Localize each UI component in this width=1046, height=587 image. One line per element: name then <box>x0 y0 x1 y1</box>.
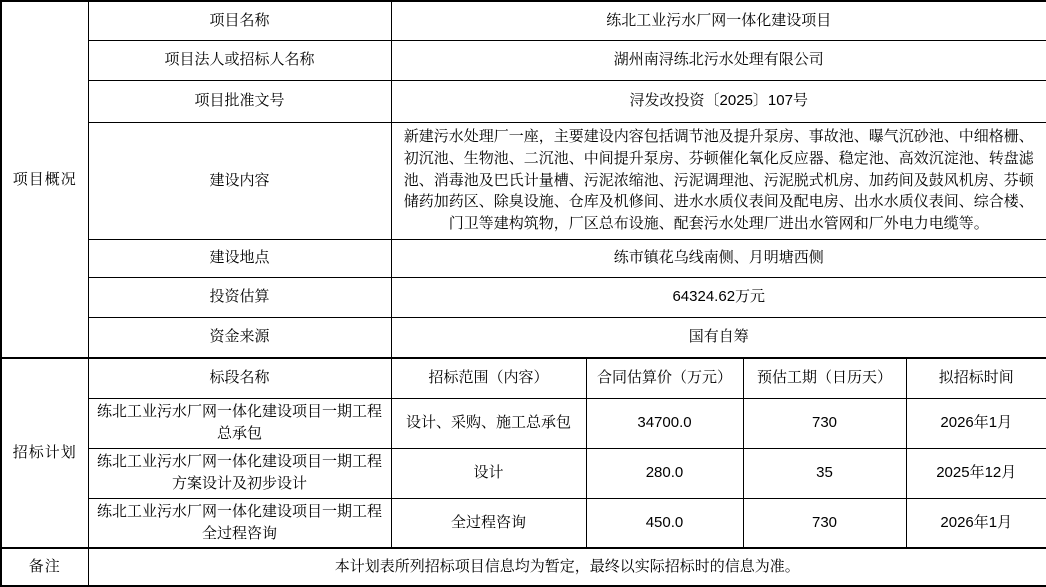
bid-row-scope: 设计、采购、施工总承包 <box>391 398 586 448</box>
value-approval-number: 浔发改投资〔2025〕107号 <box>391 80 1046 122</box>
bid-row-price: 34700.0 <box>586 398 743 448</box>
header-contract-price: 合同估算价（万元） <box>586 358 743 398</box>
bid-row-name: 练北工业污水厂网一体化建设项目一期工程全过程咨询 <box>88 498 391 548</box>
label-approval-number: 项目批准文号 <box>88 80 391 122</box>
bid-row-time: 2025年12月 <box>906 448 1046 498</box>
bid-row-duration: 730 <box>743 498 906 548</box>
value-legal-entity: 湖州南浔练北污水处理有限公司 <box>391 40 1046 80</box>
header-bid-time: 拟招标时间 <box>906 358 1046 398</box>
header-duration: 预估工期（日历天） <box>743 358 906 398</box>
bid-row-price: 280.0 <box>586 448 743 498</box>
label-funding-source: 资金来源 <box>88 317 391 358</box>
bid-row-duration: 730 <box>743 398 906 448</box>
value-construction-site: 练市镇花乌线南侧、月明塘西侧 <box>391 239 1046 277</box>
section-bid-plan: 招标计划 <box>1 358 88 548</box>
header-section-name: 标段名称 <box>88 358 391 398</box>
bid-plan-row: 练北工业污水厂网一体化建设项目一期工程总承包 设计、采购、施工总承包 34700… <box>1 398 1046 448</box>
bid-row-duration: 35 <box>743 448 906 498</box>
label-project-name: 项目名称 <box>88 1 391 40</box>
bid-plan-row: 练北工业污水厂网一体化建设项目一期工程全过程咨询 全过程咨询 450.0 730… <box>1 498 1046 548</box>
bid-row-price: 450.0 <box>586 498 743 548</box>
label-construction-site: 建设地点 <box>88 239 391 277</box>
value-construction-content: 新建污水处理厂一座，主要建设内容包括调节池及提升泵房、事故池、曝气沉砂池、中细格… <box>391 122 1046 239</box>
section-project-overview: 项目概况 <box>1 1 88 358</box>
bid-row-time: 2026年1月 <box>906 398 1046 448</box>
bid-row-time: 2026年1月 <box>906 498 1046 548</box>
value-funding-source: 国有自筹 <box>391 317 1046 358</box>
label-legal-entity: 项目法人或招标人名称 <box>88 40 391 80</box>
bid-plan-row: 练北工业污水厂网一体化建设项目一期工程方案设计及初步设计 设计 280.0 35… <box>1 448 1046 498</box>
header-bid-scope: 招标范围（内容） <box>391 358 586 398</box>
value-investment-estimate: 64324.62万元 <box>391 277 1046 317</box>
bid-row-scope: 全过程咨询 <box>391 498 586 548</box>
value-remarks: 本计划表所列招标项目信息均为暂定，最终以实际招标时的信息为准。 <box>88 548 1046 586</box>
label-investment-estimate: 投资估算 <box>88 277 391 317</box>
project-bid-plan-table: 项目概况 项目名称 练北工业污水厂网一体化建设项目 项目法人或招标人名称 湖州南… <box>0 0 1046 587</box>
bid-row-name: 练北工业污水厂网一体化建设项目一期工程总承包 <box>88 398 391 448</box>
label-construction-content: 建设内容 <box>88 122 391 239</box>
section-remarks: 备注 <box>1 548 88 586</box>
bid-row-name: 练北工业污水厂网一体化建设项目一期工程方案设计及初步设计 <box>88 448 391 498</box>
bid-row-scope: 设计 <box>391 448 586 498</box>
value-project-name: 练北工业污水厂网一体化建设项目 <box>391 1 1046 40</box>
